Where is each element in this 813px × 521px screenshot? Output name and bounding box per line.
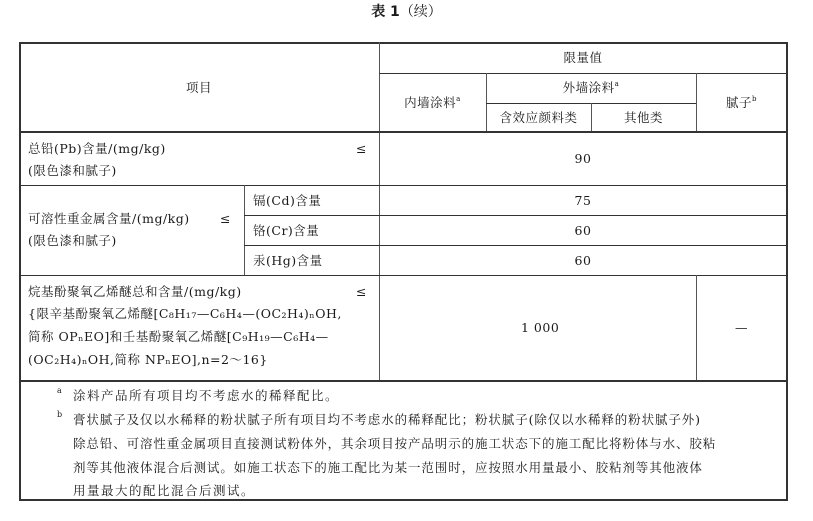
note-b-mark: b (57, 410, 62, 419)
table-number: 表 1 (371, 4, 400, 20)
header-exterior-label: 外墙涂料 (563, 80, 615, 95)
row-divider-chromium (244, 245, 787, 246)
header-other: 其他类 (591, 110, 696, 126)
row-divider-cadmium (244, 215, 787, 216)
table-continued: （续） (400, 4, 442, 20)
header-putty: 腻子b (696, 95, 787, 111)
note-a-text: 涂料产品所有项目均不考虑水的稀释配比。 (73, 384, 339, 408)
header-bottom-border (19, 131, 788, 133)
table-left-border (19, 42, 21, 501)
apeo-scope-3: (OC₂H₄)ₙOH,简称 NPₙEO],n=2～16} (28, 352, 268, 368)
header-limit: 限量值 (379, 50, 787, 66)
note-a-mark: a (57, 386, 62, 395)
row-divider-lead (19, 185, 788, 186)
row-divider-limit (379, 73, 787, 74)
header-effect-pigment: 含效应颜料类 (486, 110, 591, 126)
row-divider-notes (19, 380, 788, 382)
row-divider-heavy (19, 275, 788, 276)
header-interior-label: 内墙涂料 (404, 95, 456, 110)
note-b-line-2: 除总铅、可溶性重金属项目直接测试粉体外，其余项目按产品明示的施工状态下的施工配比… (73, 432, 716, 456)
cadmium-label: 镉(Cd)含量 (253, 193, 321, 209)
heavy-metal-scope: (限色漆和腻子) (28, 233, 117, 249)
header-interior: 内墙涂料a (379, 95, 486, 111)
chromium-label: 铬(Cr)含量 (253, 223, 319, 239)
note-b-line-4: 用量最大的配比混合后测试。 (73, 479, 255, 503)
apeo-value: 1 000 (521, 320, 559, 336)
table-title: 表 1（续） (0, 3, 813, 21)
chromium-value: 60 (379, 223, 787, 239)
footnote-ref-a: a (456, 95, 461, 103)
apeo-scope-1: {限辛基酚聚氧乙烯醚[C₈H₁₇—C₆H₄—(OC₂H₄)ₙOH, (28, 306, 342, 322)
table-top-border (19, 42, 788, 44)
note-b-line-3: 剂等其他液体混合后测试。如施工状态下的施工配比为某一范围时，应按照水用量最小、胶… (73, 456, 703, 480)
footnote-ref-a: a (615, 80, 620, 88)
note-b-line-1: 膏状腻子及仅以水稀释的粉状腻子所有项目均不考虑水的稀释配比；粉状腻子(除仅以水稀… (73, 408, 701, 432)
lead-value: 90 (379, 151, 787, 167)
apeo-scope-2: 简称 OPₙEO]和壬基酚聚氧乙烯醚[C₉H₁₉—C₆H₄— (28, 329, 329, 345)
footnote-ref-b: b (752, 95, 757, 103)
mercury-label: 汞(Hg)含量 (253, 253, 323, 269)
col-divider-metal (244, 185, 245, 275)
cadmium-value: 75 (379, 193, 787, 209)
header-exterior: 外墙涂料a (486, 80, 696, 96)
lead-le-sign: ≤ (356, 141, 367, 157)
apeo-label: 烷基酚聚氧乙烯醚总和含量/(mg/kg) (28, 284, 242, 300)
header-putty-label: 腻子 (726, 95, 752, 110)
apeo-le-sign: ≤ (356, 284, 367, 300)
heavy-metal-le-sign: ≤ (220, 211, 231, 227)
mercury-value: 60 (379, 253, 787, 269)
apeo-putty-value: — (696, 320, 787, 336)
lead-scope: (限色漆和腻子) (28, 163, 117, 179)
header-item: 项目 (19, 80, 379, 96)
heavy-metal-label: 可溶性重金属含量/(mg/kg) (28, 211, 190, 227)
col-divider-item (379, 42, 380, 380)
lead-label: 总铅(Pb)含量/(mg/kg) (28, 141, 166, 157)
